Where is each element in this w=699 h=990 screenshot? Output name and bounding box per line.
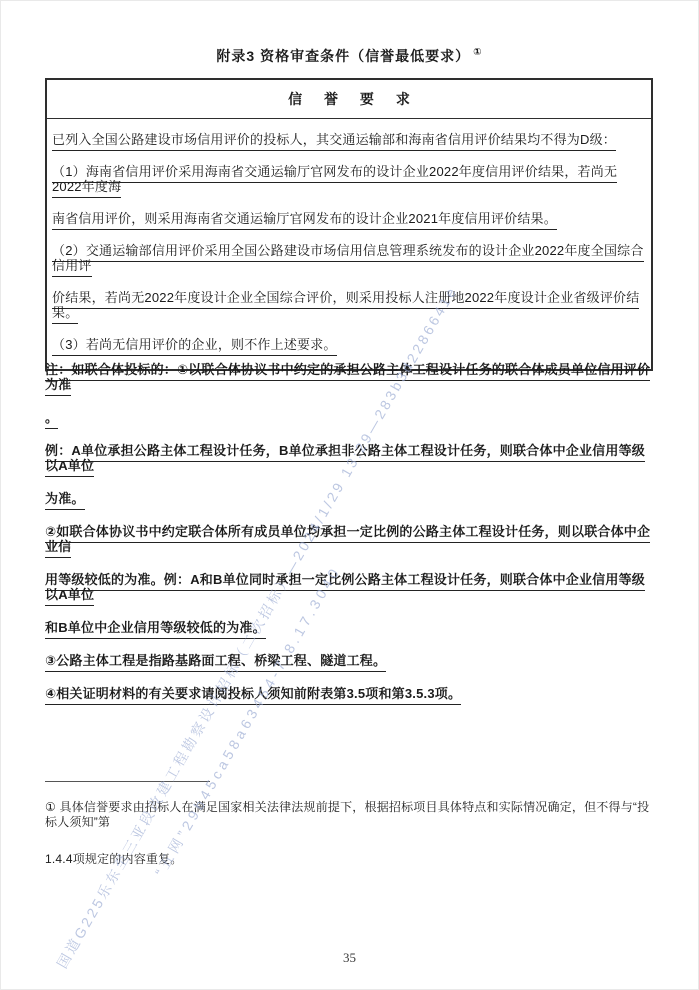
note-line: 为准。 xyxy=(45,491,655,506)
title-footnote-marker: ① xyxy=(473,47,482,58)
page-title: 附录3 资格审查条件（信誉最低要求）① xyxy=(0,46,699,66)
table-text-line: 已列入全国公路建设市场信用评价的投标人，其交通运输部和海南省信用评价结果均不得为… xyxy=(52,132,646,147)
table-text-line: 南省信用评价，则采用海南省交通运输厅官网发布的设计企业2021年度信用评价结果。 xyxy=(52,211,646,226)
table-text-line: （1）海南省信用评价采用海南省交通运输厅官网发布的设计企业2022年度信用评价结… xyxy=(52,164,646,194)
document-page: { "document": { "title": "附录3 资格审查条件（信誉最… xyxy=(0,0,699,990)
table-text-line: 价结果，若尚无2022年度设计企业全国综合评价，则采用投标人注册地2022年度设… xyxy=(52,290,646,320)
footnote-line: ① 具体信誉要求由招标人在满足国家相关法律法规前提下，根据招标项目具体特点和实际… xyxy=(45,800,657,830)
table-header-cell: 信 誉 要 求 xyxy=(47,80,651,119)
table-text-line: （2）交通运输部信用评价采用全国公路建设市场信用信息管理系统发布的设计企业202… xyxy=(52,243,646,273)
note-line: 例：A单位承担公路主体工程设计任务，B单位承担非公路主体工程设计任务，则联合体中… xyxy=(45,443,655,473)
note-line: 。 xyxy=(45,410,655,425)
note-line: 用等级较低的为准。例：A和B单位同时承担一定比例公路主体工程设计任务，则联合体中… xyxy=(45,572,655,602)
table-text-line: （3）若尚无信用评价的企业，则不作上述要求。 xyxy=(52,337,646,352)
note-line: 注：如联合体投标的：①以联合体协议书中约定的承担公路主体工程设计任务的联合体成员… xyxy=(45,362,655,392)
footnote-section: ① 具体信誉要求由招标人在满足国家相关法律法规前提下，根据招标项目具体特点和实际… xyxy=(45,800,657,889)
credit-requirements-table: 信 誉 要 求 已列入全国公路建设市场信用评价的投标人，其交通运输部和海南省信用… xyxy=(45,78,653,371)
note-line: ④相关证明材料的有关要求请阅投标人须知前附表第3.5项和第3.5.3项。 xyxy=(45,686,655,701)
note-line: ③公路主体工程是指路基路面工程、桥梁工程、隧道工程。 xyxy=(45,653,655,668)
table-body-cell: 已列入全国公路建设市场信用评价的投标人，其交通运输部和海南省信用评价结果均不得为… xyxy=(47,119,651,369)
footnote-separator xyxy=(45,781,210,782)
note-line: ②如联合体协议书中约定联合体所有成员单位均承担一定比例的公路主体工程设计任务，则… xyxy=(45,524,655,554)
notes-section: 注：如联合体投标的：①以联合体协议书中约定的承担公路主体工程设计任务的联合体成员… xyxy=(45,362,655,719)
footnote-line: 1.4.4项规定的内容重复。 xyxy=(45,852,657,867)
page-number: 35 xyxy=(0,950,699,966)
table-header-label: 信 誉 要 求 xyxy=(279,89,419,109)
note-line: 和B单位中企业信用等级较低的为准。 xyxy=(45,620,655,635)
page-title-text: 附录3 资格审查条件（信誉最低要求） xyxy=(216,48,470,64)
